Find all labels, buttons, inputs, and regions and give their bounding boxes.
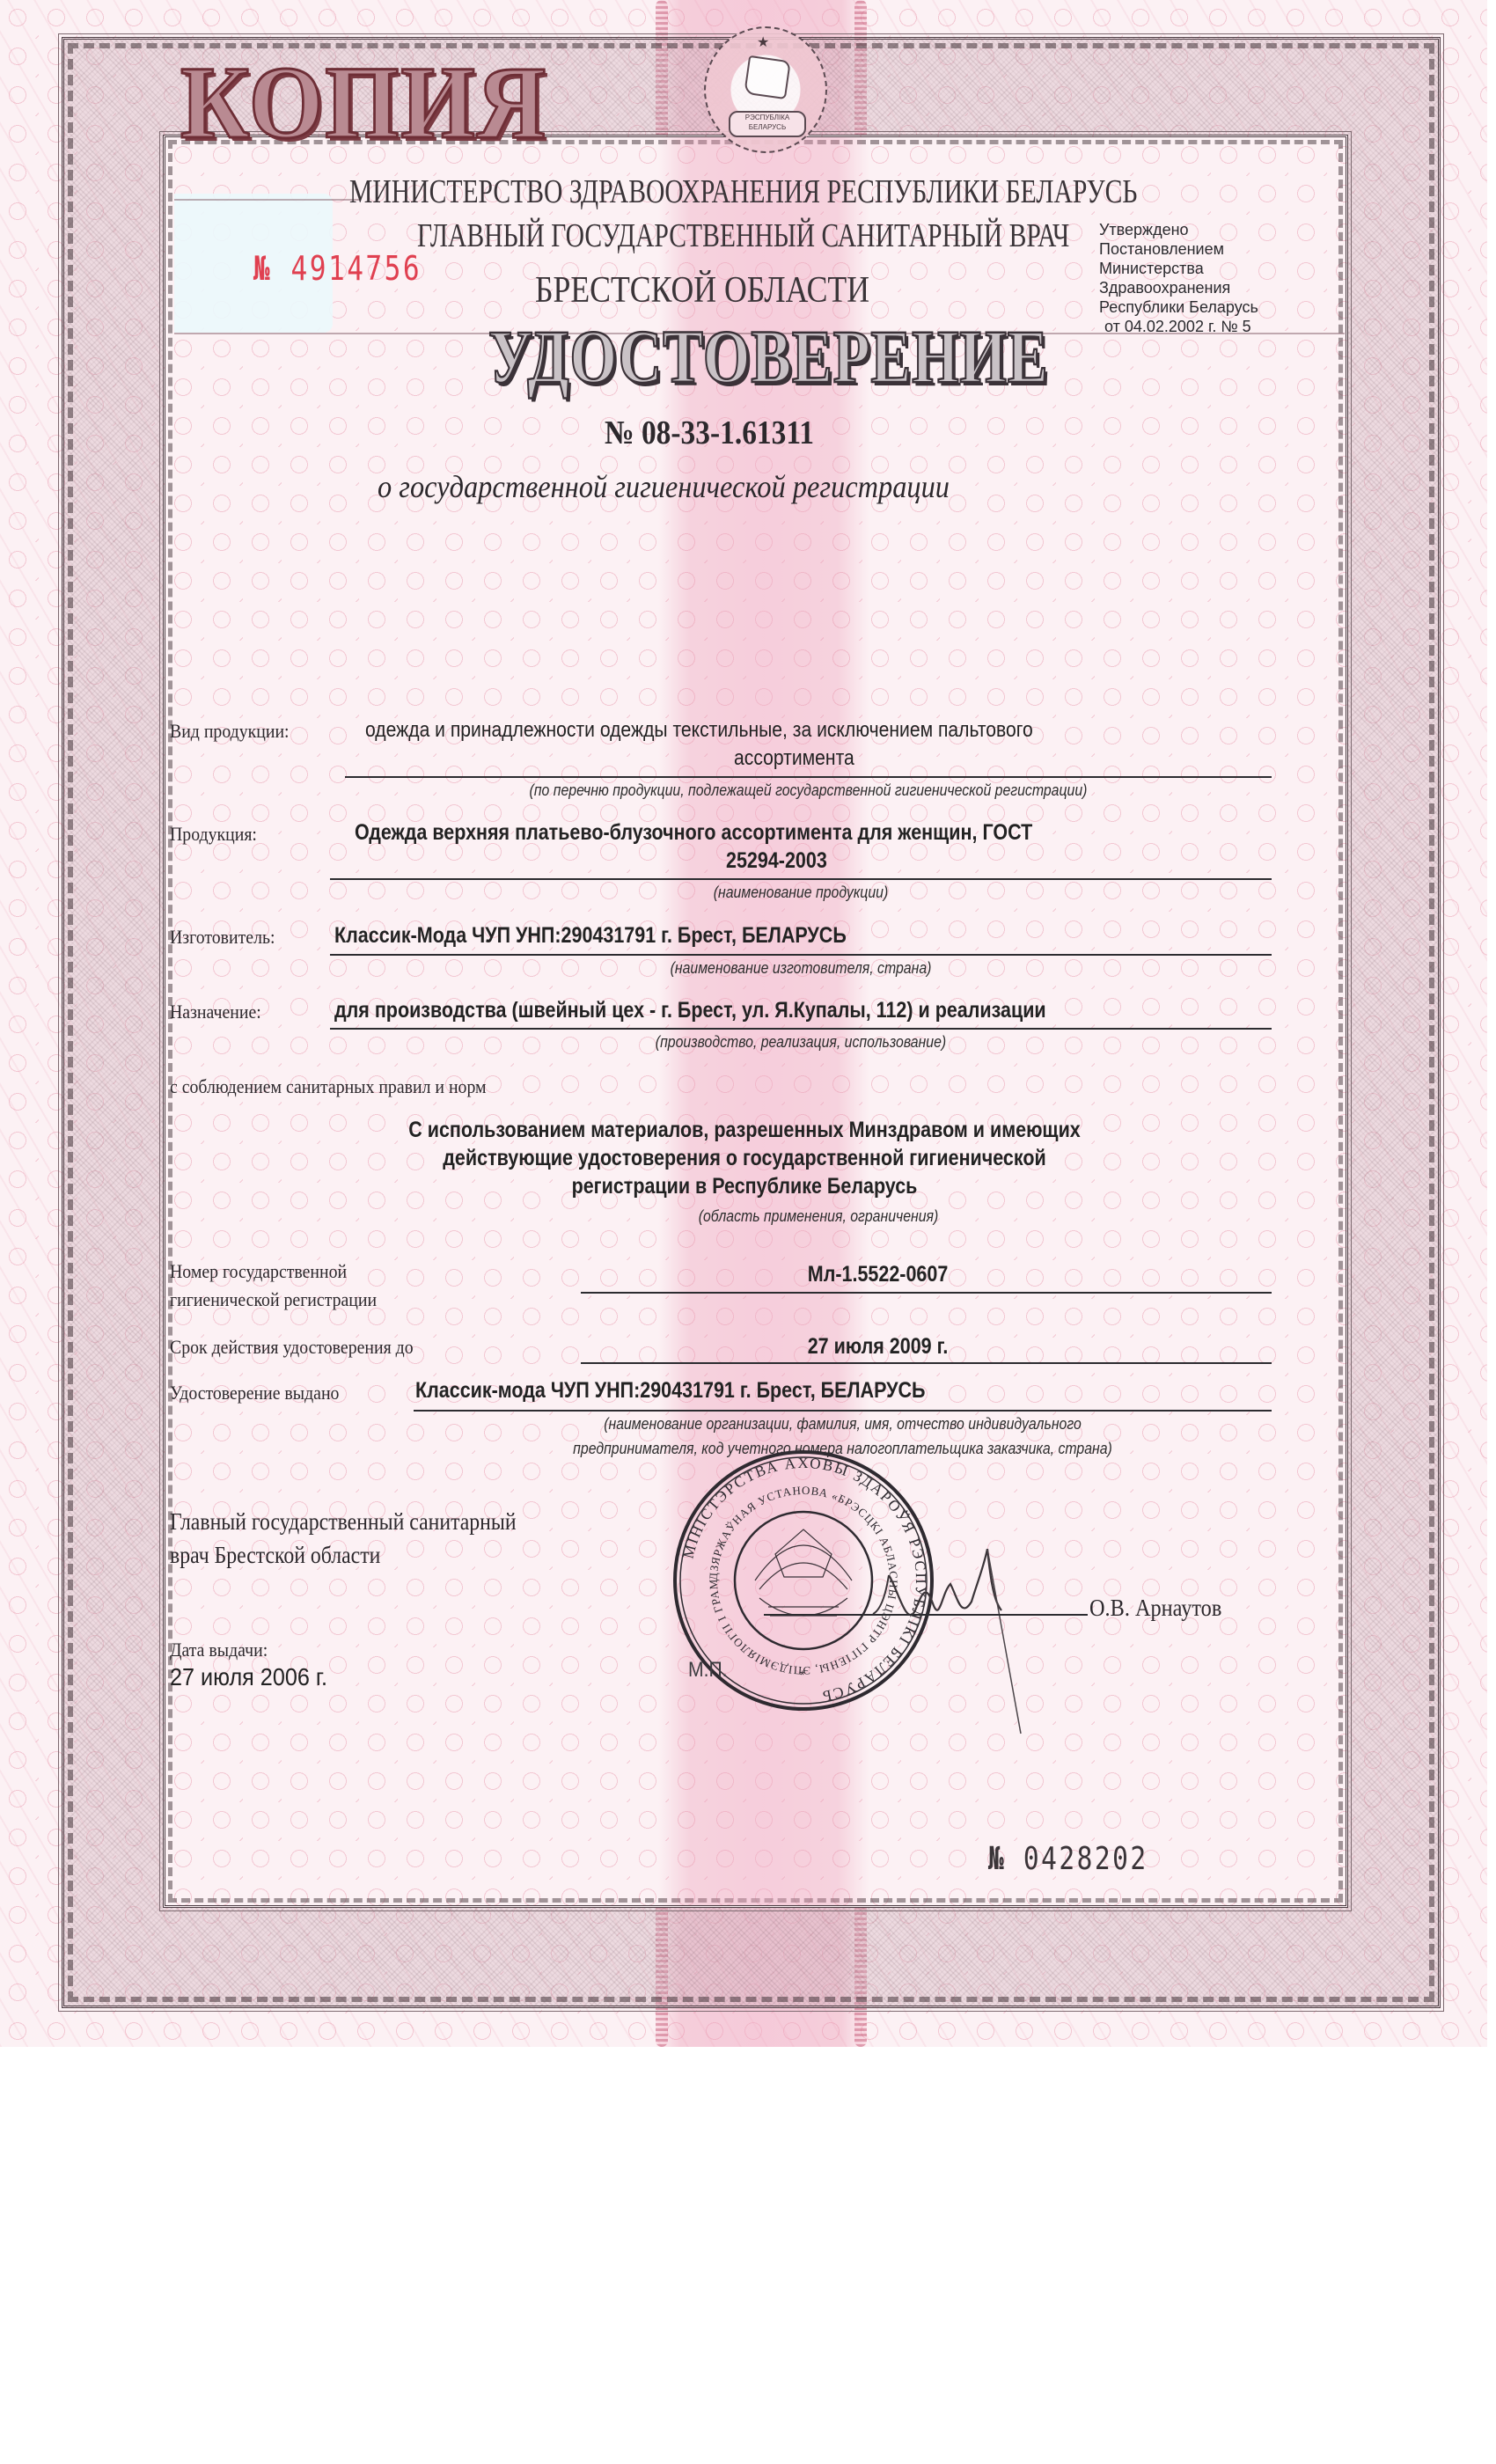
signatory-title-cont: врач Брестской области: [170, 1542, 380, 1569]
registration-number-label-cont: гигиенической регистрации: [170, 1288, 377, 1311]
issued-to-caption: (наименование организации, фамилия, имя,…: [466, 1415, 1221, 1434]
handwritten-signature: [757, 1549, 1126, 1742]
approval-note: Утверждено Постановлением Министерства З…: [1099, 220, 1275, 336]
registration-number-underline: [581, 1292, 1272, 1294]
product-underline: [330, 878, 1272, 880]
serial-number-bottom: №0428202: [988, 1841, 1148, 1877]
product-value: Одежда верхняя платьево-блузочного ассор…: [355, 820, 1032, 846]
product-type-value-cont: ассортимента: [345, 746, 1243, 771]
header-rule: [174, 199, 359, 201]
manufacturer-underline: [330, 954, 1272, 956]
signatory-title: Главный государственный санитарный: [170, 1508, 517, 1536]
product-type-label: Вид продукции:: [170, 720, 290, 743]
registration-number-value: Мл-1.5522-0607: [581, 1262, 1175, 1287]
registration-number-label: Номер государственной: [170, 1260, 347, 1283]
signatory-name: О.В. Арнаутов: [1089, 1595, 1221, 1622]
issued-to-label: Удостоверение выдано: [170, 1382, 339, 1404]
product-type-underline: [345, 776, 1272, 778]
compliance-value-line: действующие удостоверения о государствен…: [290, 1146, 1199, 1171]
seal-placement-label: М.П.: [688, 1658, 728, 1683]
belarus-coat-of-arms-icon: ★ РЭСПУБЛІКА БЕЛАРУСЬ: [704, 26, 827, 153]
copy-stamp-text: КОПИЯ: [180, 51, 547, 155]
document-subtitle: о государственной гигиенической регистра…: [378, 468, 950, 505]
product-type-caption: (по перечню продукции, подлежащей госуда…: [400, 781, 1216, 800]
compliance-value-line: регистрации в Республике Беларусь: [290, 1174, 1199, 1199]
compliance-label: с соблюдением санитарных правил и норм: [170, 1075, 487, 1098]
certificate-page: КОПИЯ ★ РЭСПУБЛІКА БЕЛАРУСЬ МИНИСТЕРСТВО…: [0, 0, 1487, 2047]
issue-date-label: Дата выдачи:: [170, 1639, 268, 1661]
manufacturer-caption: (наименование изготовителя, страна): [386, 959, 1215, 978]
manufacturer-label: Изготовитель:: [170, 926, 275, 949]
signature-line: [764, 1614, 1088, 1616]
purpose-value: для производства (швейный цех - г. Брест…: [334, 998, 1046, 1023]
product-label: Продукция:: [170, 823, 257, 846]
region-heading: БРЕСТСКОЙ ОБЛАСТИ: [535, 269, 869, 312]
valid-until-label: Срок действия удостоверения до: [170, 1336, 414, 1359]
product-value-cont: 25294-2003: [330, 848, 1223, 874]
issue-date-value: 27 июля 2006 г.: [170, 1663, 327, 1691]
serial-number-top: №4914756: [253, 249, 422, 288]
purpose-label: Назначение:: [170, 1001, 261, 1023]
issued-to-value: Классик-мода ЧУП УНП:290431791 г. Брест,…: [415, 1378, 925, 1404]
emblem-ribbon: РЭСПУБЛІКА БЕЛАРУСЬ: [729, 111, 806, 137]
star-icon: ★: [757, 33, 769, 51]
purpose-underline: [330, 1028, 1272, 1030]
manufacturer-value: Классик-Мода ЧУП УНП:290431791 г. Брест,…: [334, 923, 847, 949]
ministry-heading: МИНИСТЕРСТВО ЗДРАВООХРАНЕНИЯ РЕСПУБЛИКИ …: [349, 172, 1137, 211]
valid-until-underline: [581, 1362, 1272, 1364]
document-title: УДОСТОВЕРЕНИЕ: [488, 319, 1048, 394]
valid-until-value: 27 июля 2009 г.: [581, 1334, 1175, 1360]
issued-to-underline: [414, 1410, 1272, 1412]
compliance-caption: (область применения, ограничения): [354, 1207, 1283, 1226]
product-caption: (наименование продукции): [386, 884, 1215, 902]
chief-doctor-heading: ГЛАВНЫЙ ГОСУДАРСТВЕННЫЙ САНИТАРНЫЙ ВРАЧ: [417, 216, 1069, 255]
purpose-caption: (производство, реализация, использование…: [386, 1033, 1215, 1052]
map-icon: [744, 55, 791, 99]
compliance-value-line: С использованием материалов, разрешенных…: [290, 1118, 1199, 1143]
certificate-number: № 08-33-1.61311: [605, 414, 814, 452]
product-type-value: одежда и принадлежности одежды текстильн…: [365, 718, 1033, 743]
